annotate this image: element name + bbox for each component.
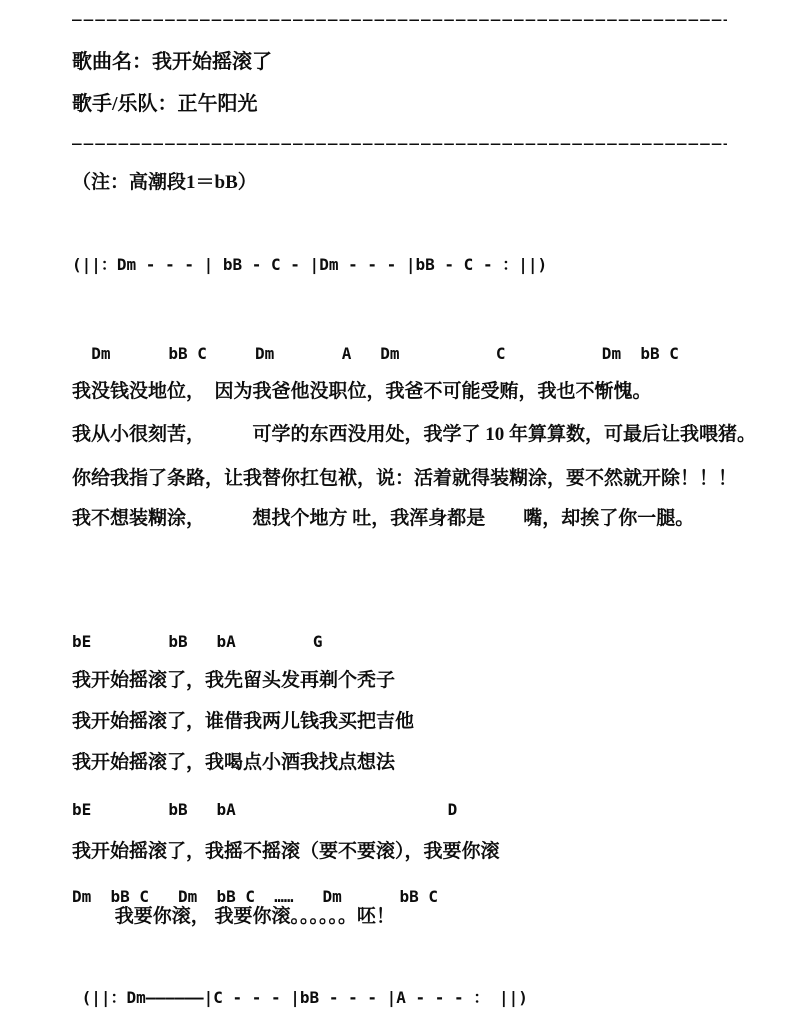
chorus-chord-line-c: Dm bB C Dm bB C …… Dm bB C xyxy=(72,887,438,906)
chorus-lyric-line: 我开始摇滚了，谁借我两儿钱我买把吉他 xyxy=(72,711,414,734)
chorus-lyric-line-b: 我开始摇滚了，我摇不摇滚（要不要滚），我要你滚 xyxy=(72,841,500,864)
outro-chord-progression: (||：Dm——————|C - - - |bB - - - |A - - - … xyxy=(72,988,528,1007)
verse1-lyric-line: 我不想装糊涂， 想找个地方 吐，我浑身都是 嘴，却挨了你一腿。 xyxy=(72,508,694,531)
chorus-chord-line-b: bE bB bA D xyxy=(72,800,457,819)
chorus-chord-line-a: bE bB bA G xyxy=(72,632,322,651)
chorus-lyric-line: 我开始摇滚了，我先留头发再剃个秃子 xyxy=(72,670,395,693)
chorus-lyric-line-c: 我要你滚， 我要你滚。。。。。。呸！ xyxy=(72,906,395,929)
chord-sheet-page: ________________________________________… xyxy=(0,0,793,1030)
divider-line-top: ________________________________________… xyxy=(72,2,727,21)
verse1-lyric-line: 我没钱没地位， 因为我爸他没职位，我爸不可能受贿，我也不惭愧。 xyxy=(72,381,652,404)
key-note: （注：高潮段1＝bB） xyxy=(72,172,257,195)
verse1-chord-line: Dm bB C Dm A Dm C Dm bB C xyxy=(72,344,679,363)
verse1-lyric-line: 你给我指了条路，让我替你扛包袱，说：活着就得装糊涂，要不然就开除！！！ xyxy=(72,468,737,491)
divider-line-header: ________________________________________… xyxy=(72,126,727,145)
chorus-lyric-line: 我开始摇滚了，我喝点小酒我找点想法 xyxy=(72,752,395,775)
artist-name: 歌手/乐队：正午阳光 xyxy=(72,92,258,116)
intro-chord-progression: (||：Dm - - - | bB - C - |Dm - - - |bB - … xyxy=(72,255,547,274)
song-title: 歌曲名：我开始摇滚了 xyxy=(72,50,272,74)
verse1-lyric-line: 我从小很刻苦， 可学的东西没用处，我学了 10 年算算数，可最后让我喂猪。 xyxy=(72,424,756,447)
